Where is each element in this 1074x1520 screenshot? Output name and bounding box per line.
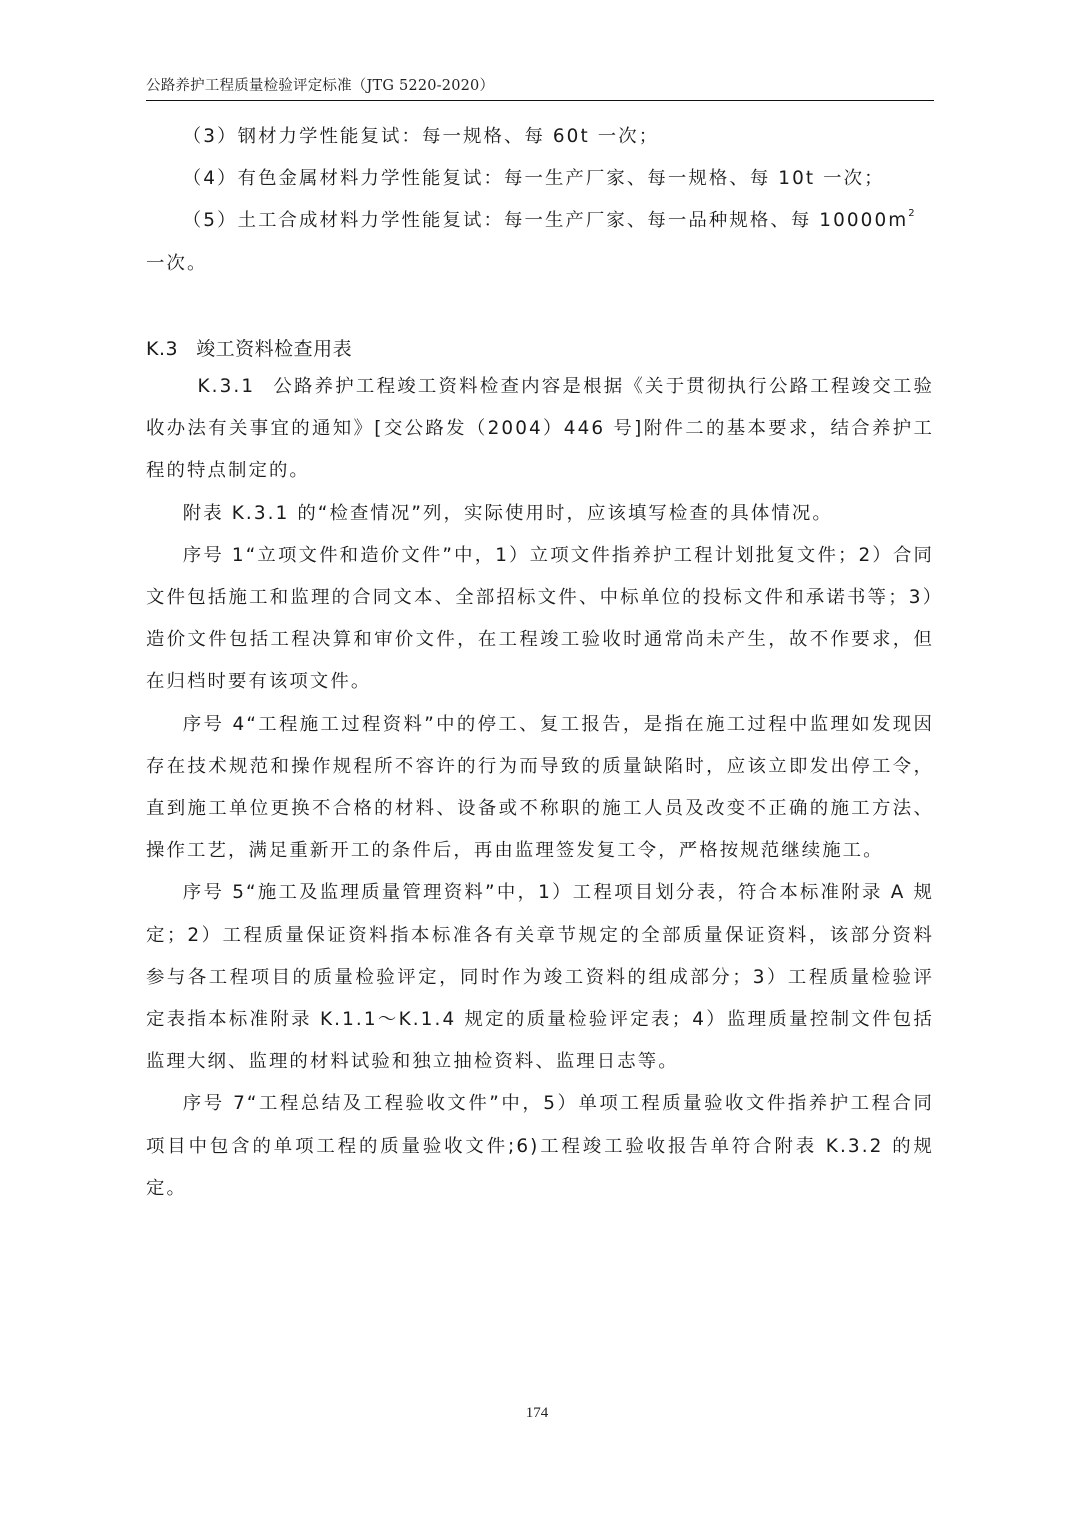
section-body: K.3.1公路养护工程竣工资料检查内容是根据《关于贯彻执行公路工程竣交工验收办法… [146, 366, 934, 1210]
section-heading: K.3竣工资料检查用表 [146, 337, 352, 361]
list-item: （3）钢材力学性能复试：每一规格、每 60t 一次； [146, 116, 934, 158]
section-title: 竣工资料检查用表 [196, 338, 352, 360]
clause-text: 公路养护工程竣工资料检查内容是根据《关于贯彻执行公路工程竣交工验收办法有关事宜的… [146, 376, 934, 481]
running-header: 公路养护工程质量检验评定标准（JTG 5220-2020） [146, 76, 934, 101]
superscript: 2 [908, 208, 914, 219]
section-number: K.3 [146, 337, 178, 361]
paragraph: 序号 1“立项文件和造价文件”中，1）立项文件指养护工程计划批复文件；2）合同文… [146, 535, 934, 704]
list-item: （4）有色金属材料力学性能复试：每一生产厂家、每一规格、每 10t 一次； [146, 158, 934, 200]
page-number: 174 [0, 1405, 1074, 1422]
material-test-list: （3）钢材力学性能复试：每一规格、每 60t 一次； （4）有色金属材料力学性能… [146, 116, 934, 285]
paragraph: 附表 K.3.1 的“检查情况”列，实际使用时，应该填写检查的具体情况。 [146, 493, 934, 535]
list-item: （5）土工合成材料力学性能复试：每一生产厂家、每一品种规格、每 10000m2 [146, 200, 934, 242]
list-item-continuation: 一次。 [146, 243, 934, 285]
list-item-text: （5）土工合成材料力学性能复试：每一生产厂家、每一品种规格、每 10000m [183, 210, 908, 231]
paragraph: 序号 4“工程施工过程资料”中的停工、复工报告，是指在施工过程中监理如发现因存在… [146, 704, 934, 873]
paragraph: 序号 7“工程总结及工程验收文件”中，5）单项工程质量验收文件指养护工程合同项目… [146, 1083, 934, 1210]
document-title: 公路养护工程质量检验评定标准（JTG 5220-2020） [146, 76, 494, 96]
clause-number: K.3.1 [172, 366, 255, 408]
paragraph: 序号 5“施工及监理质量管理资料”中，1）工程项目划分表，符合本标准附录 A 规… [146, 872, 934, 1083]
clause-paragraph: K.3.1公路养护工程竣工资料检查内容是根据《关于贯彻执行公路工程竣交工验收办法… [146, 366, 934, 493]
